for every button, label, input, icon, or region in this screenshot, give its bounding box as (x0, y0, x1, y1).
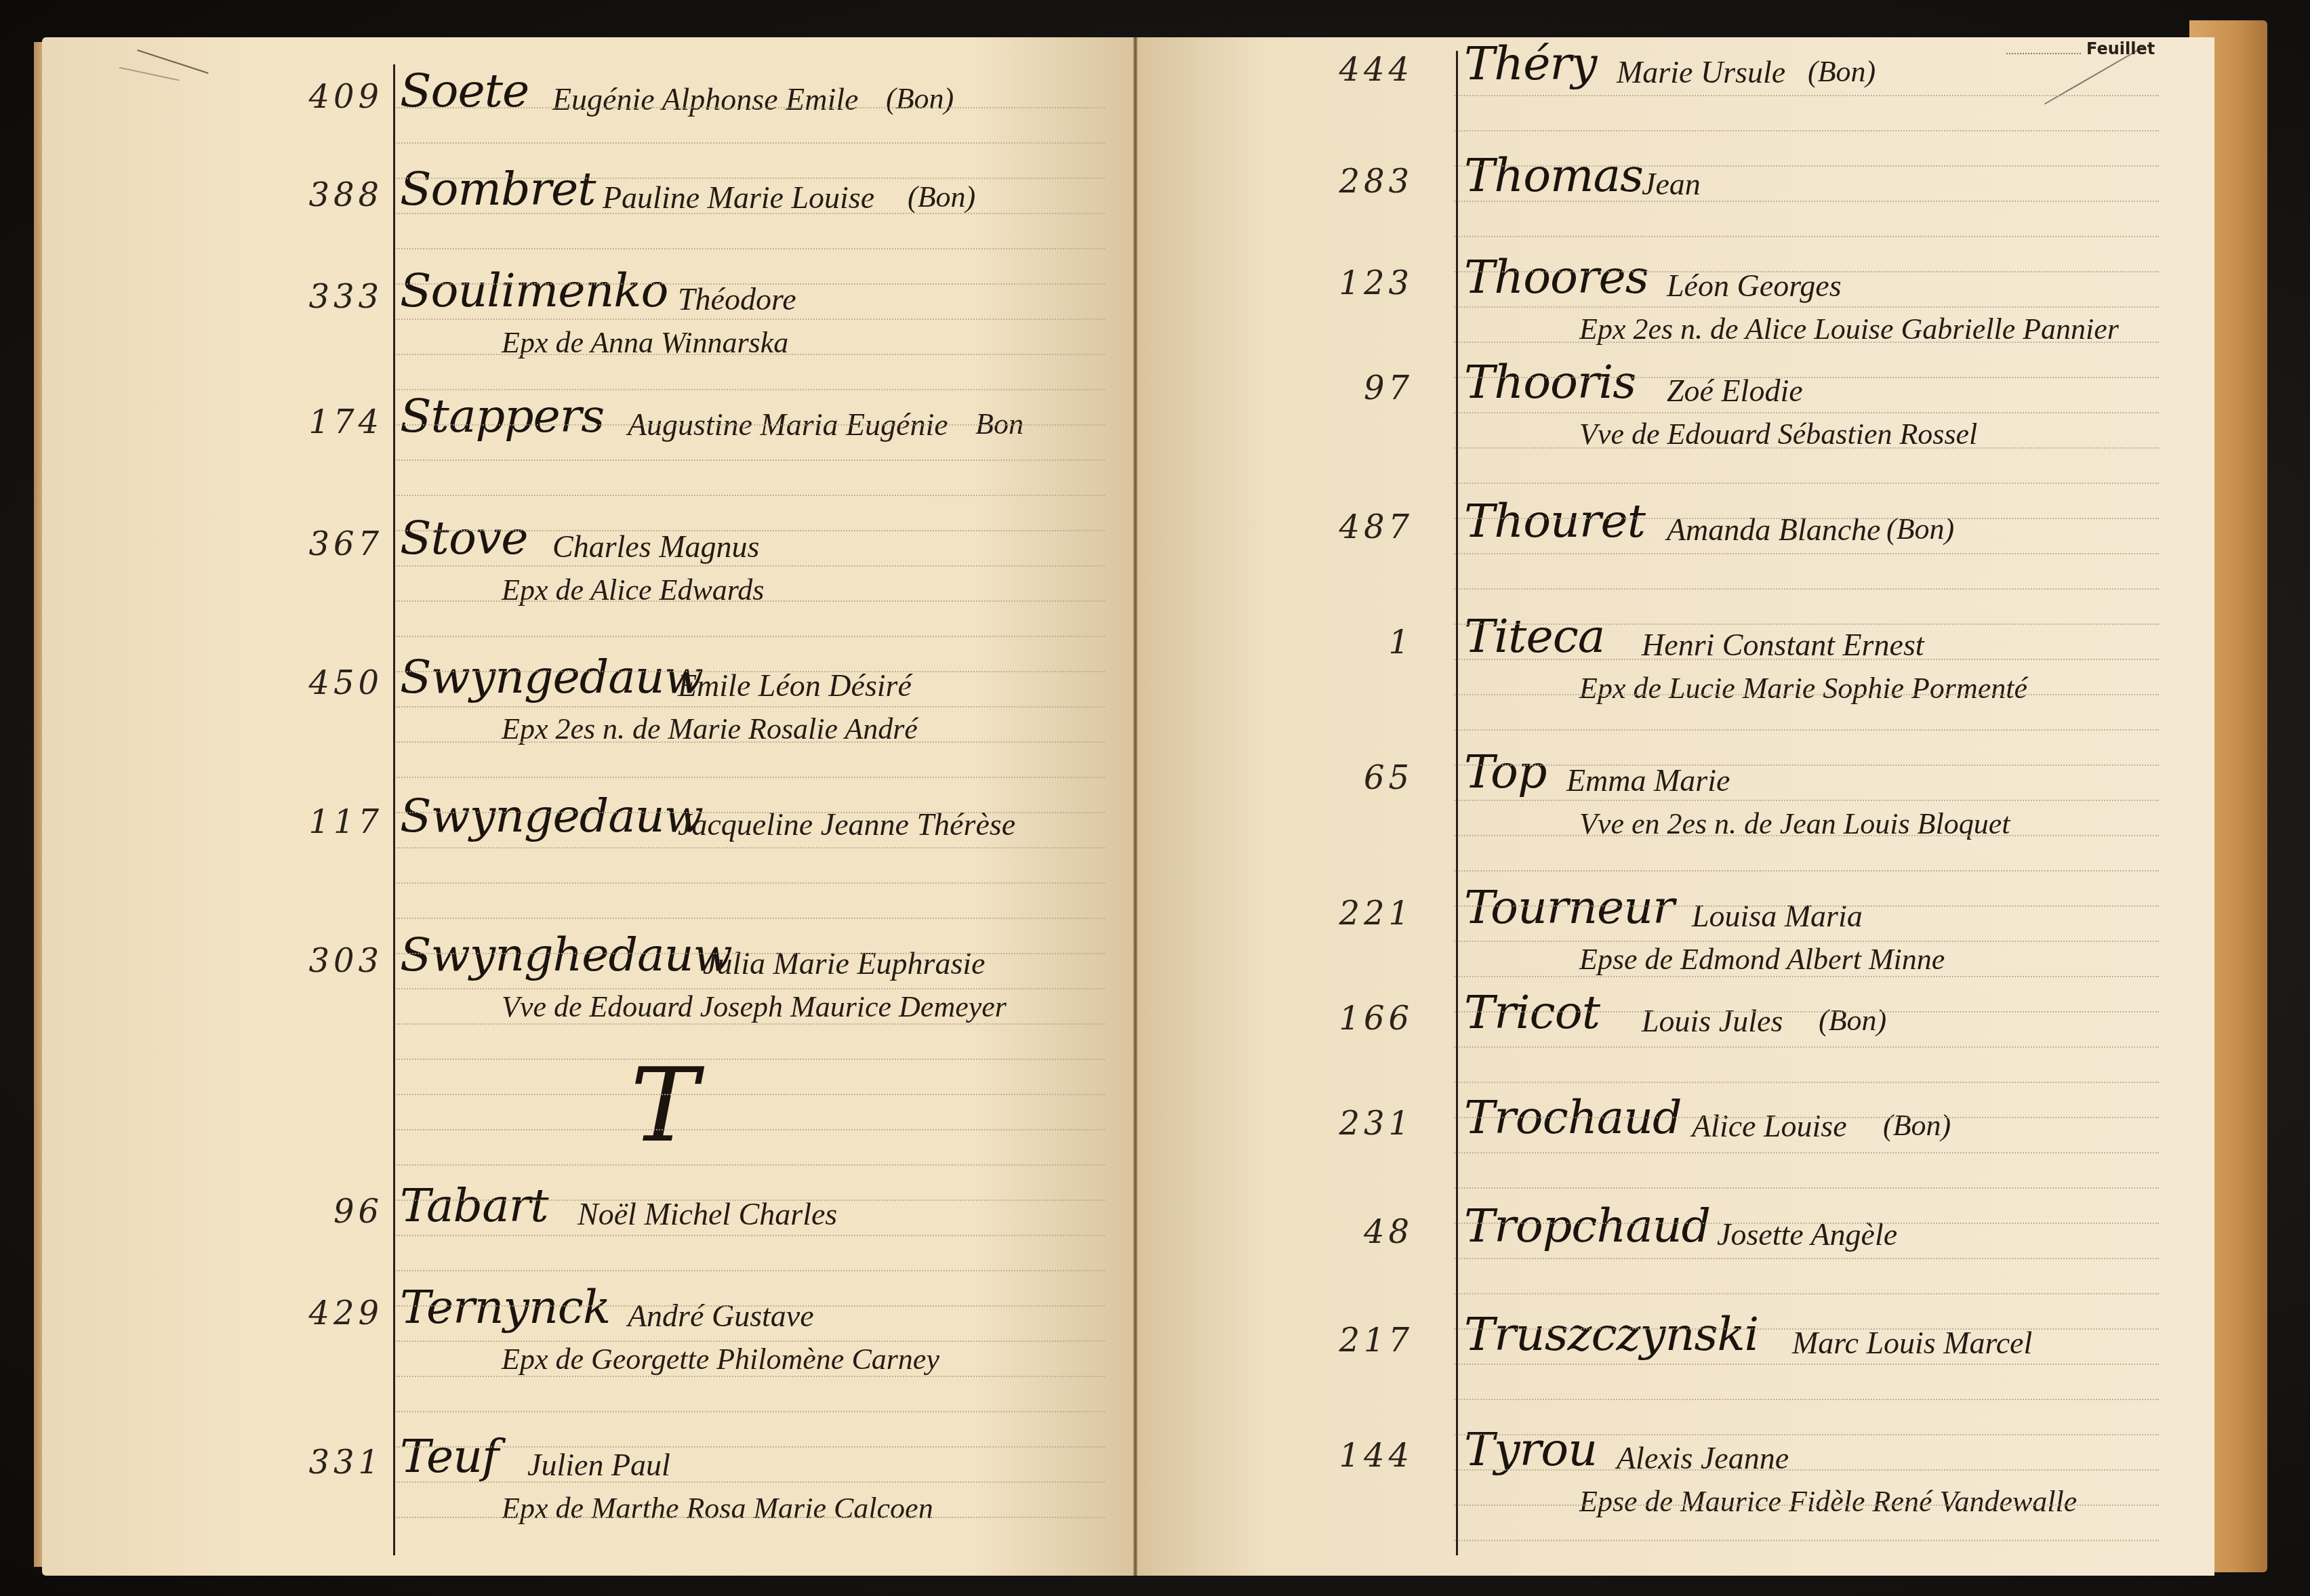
ruled-line (1454, 236, 2159, 237)
entry-surname: Stove (400, 512, 528, 565)
entry-surname: Swynghedauw (400, 928, 732, 982)
ruled-line (397, 988, 1105, 989)
ruled-line (1454, 201, 2159, 202)
entry-given-names: Marc Louis Marcel (1792, 1325, 2032, 1361)
entry-number: 283 (1291, 163, 1413, 201)
entry-number: 123 (1291, 264, 1413, 302)
entry-given-names: Marie Ursule (1617, 54, 1785, 90)
entry-number: 450 (261, 664, 383, 702)
ruled-line (1454, 694, 2159, 695)
margin-column-line (1456, 51, 1458, 1555)
ruled-line (397, 882, 1105, 884)
entry-status-note: (Bon) (1886, 512, 1954, 546)
entry-given-names: Amanda Blanche (1667, 512, 1881, 548)
entry-given-names: Jean (1642, 166, 1701, 202)
ruled-line (397, 1376, 1105, 1377)
ruled-line (1454, 271, 2159, 272)
entry-given-names: Louis Jules (1642, 1003, 1783, 1039)
printed-header-label: Feuillet (2086, 39, 2155, 58)
ruled-line (1454, 1328, 2159, 1330)
ruled-line (397, 1305, 1105, 1307)
ruled-line (397, 142, 1105, 144)
entry-given-names: Emile Léon Désiré (678, 668, 912, 703)
ruled-line (1454, 905, 2159, 907)
ruled-line (1454, 130, 2159, 131)
ruled-line (397, 847, 1105, 848)
entry-surname: Truszczynski (1464, 1308, 1758, 1362)
ruled-line (397, 319, 1105, 320)
ruled-line (1454, 1117, 2159, 1118)
ruled-line (397, 1094, 1105, 1095)
ruled-line (397, 953, 1105, 954)
entry-spouse-line: Vve de Edouard Sébastien Rossel (1579, 417, 1977, 451)
entry-surname: Tropchaud (1464, 1200, 1710, 1253)
entry-given-names: Noël Michel Charles (577, 1196, 837, 1232)
ruled-line (1454, 1011, 2159, 1012)
ruled-line (397, 706, 1105, 708)
entry-surname: Titeca (1464, 610, 1604, 663)
ruled-line (397, 1517, 1105, 1518)
entry-surname: Soulimenko (400, 264, 668, 318)
entry-given-names: Eugénie Alphonse Emile (552, 81, 858, 117)
entry-given-names: Josette Angèle (1717, 1216, 1897, 1252)
entry-number: 231 (1291, 1105, 1413, 1143)
ruled-line (1454, 659, 2159, 660)
ruled-line (397, 248, 1105, 249)
entry-surname: Thooris (1464, 356, 1636, 409)
ruled-line (1454, 870, 2159, 872)
entry-number: 331 (261, 1444, 383, 1481)
ruled-line (1454, 412, 2159, 413)
entry-surname: Stappers (400, 390, 604, 443)
entry-surname: Teuf (400, 1430, 498, 1484)
ruled-line (397, 495, 1105, 496)
ruled-line (1454, 1152, 2159, 1153)
ruled-line (397, 600, 1105, 602)
ruled-line (1454, 941, 2159, 942)
ruled-line (1454, 342, 2159, 343)
ruled-line (1454, 1293, 2159, 1294)
ruled-line (1454, 1469, 2159, 1471)
entry-surname: Thomas (1464, 149, 1643, 203)
entry-surname: Swyngedauw (400, 790, 703, 843)
entry-status-note: (Bon) (1808, 54, 1876, 89)
entry-number: 166 (1291, 1000, 1413, 1038)
entry-number: 367 (261, 525, 383, 563)
ruled-line (397, 565, 1105, 567)
entry-spouse-line: Epx de Lucie Marie Sophie Pormenté (1579, 671, 2027, 705)
ruled-line (397, 213, 1105, 214)
printed-header-rule (2006, 53, 2081, 54)
section-letter-heading: T (630, 1047, 698, 1165)
ruled-line (397, 1200, 1105, 1201)
entry-status-note: (Bon) (908, 180, 975, 214)
entry-number: 96 (261, 1193, 383, 1231)
entry-status-note: (Bon) (1819, 1003, 1886, 1038)
ruled-line (1454, 447, 2159, 449)
ruled-line (1454, 483, 2159, 484)
book-gutter (1133, 37, 1137, 1576)
ruled-line (397, 777, 1105, 778)
ruled-line (1454, 729, 2159, 731)
entry-given-names: Julia Marie Euphrasie (703, 945, 986, 981)
ruled-line (397, 1023, 1105, 1025)
ruled-line (397, 1129, 1105, 1130)
ruled-line (1454, 976, 2159, 977)
entry-number: 303 (261, 942, 383, 980)
ruled-line (1454, 165, 2159, 167)
ruled-line (397, 178, 1105, 179)
ruled-line (397, 918, 1105, 919)
ruled-line (1454, 1082, 2159, 1083)
ruled-line (1454, 800, 2159, 801)
entry-surname: Tabart (400, 1179, 548, 1233)
entry-surname: Thouret (1464, 495, 1645, 548)
entry-number: 65 (1291, 759, 1413, 797)
ruled-line (397, 424, 1105, 426)
entry-surname: Swyngedauw (400, 651, 703, 704)
ruled-line (1454, 1399, 2159, 1400)
ruled-line (1454, 835, 2159, 836)
entry-number: 429 (261, 1294, 383, 1332)
entry-given-names: Pauline Marie Louise (603, 180, 874, 216)
ruled-line (1454, 1434, 2159, 1435)
entry-surname: Tricot (1464, 986, 1600, 1040)
ruled-line (1454, 377, 2159, 378)
entry-number: 217 (1291, 1322, 1413, 1359)
entry-surname: Soete (400, 64, 529, 118)
entry-spouse-line: Epx de Marthe Rosa Marie Calcoen (502, 1491, 933, 1526)
entry-number: 388 (261, 176, 383, 214)
entry-surname: Thoores (1464, 251, 1648, 304)
ruled-line (397, 1164, 1105, 1166)
entry-number: 333 (261, 278, 383, 316)
ruled-line (397, 530, 1105, 531)
entry-number: 409 (261, 78, 383, 116)
entry-number: 144 (1291, 1437, 1413, 1475)
ruled-line (397, 1059, 1105, 1060)
entry-given-names: Alice Louise (1692, 1108, 1847, 1144)
entry-spouse-line: Epx de Georgette Philomène Carney (502, 1342, 939, 1376)
entry-given-names: Théodore (678, 281, 796, 317)
ruled-line (1454, 1187, 2159, 1189)
ruled-line (397, 1411, 1105, 1412)
margin-column-line (393, 64, 395, 1555)
ruled-line (1454, 306, 2159, 308)
entry-number: 444 (1291, 51, 1413, 89)
entry-status-note: (Bon) (886, 81, 954, 116)
ruled-line (397, 1235, 1105, 1236)
ruled-line (397, 812, 1105, 813)
entry-given-names: Alexis Jeanne (1617, 1440, 1789, 1476)
entry-given-names: Charles Magnus (552, 529, 759, 565)
ruled-line (1454, 1258, 2159, 1259)
entry-given-names: Louisa Maria (1692, 898, 1863, 934)
entry-given-names: Henri Constant Ernest (1642, 627, 1924, 663)
entry-surname: Théry (1464, 37, 1596, 91)
ruled-line (1454, 623, 2159, 625)
entry-spouse-line: Vve de Edouard Joseph Maurice Demeyer (502, 989, 1007, 1024)
ruled-line (397, 389, 1105, 390)
ruled-line (397, 283, 1105, 285)
entry-surname: Tourneur (1464, 881, 1674, 935)
entry-spouse-line: Epse de Edmond Albert Minne (1579, 942, 1945, 977)
ruled-line (397, 636, 1105, 637)
entry-number: 48 (1291, 1213, 1413, 1251)
ruled-line (1454, 764, 2159, 766)
entry-spouse-line: Epx de Alice Edwards (502, 573, 764, 607)
ruled-line (397, 741, 1105, 743)
ruled-line (1454, 1364, 2159, 1365)
ruled-line (1454, 553, 2159, 554)
ruled-line (397, 1270, 1105, 1271)
entry-number: 221 (1291, 895, 1413, 933)
entry-number: 1 (1291, 623, 1413, 661)
ruled-line (1454, 518, 2159, 519)
ruled-line (397, 1446, 1105, 1448)
ruled-line (1454, 588, 2159, 590)
entry-given-names: Léon Georges (1667, 268, 1842, 304)
entry-surname: Top (1464, 745, 1547, 799)
entry-surname: Ternynck (400, 1281, 610, 1334)
ruled-line (397, 354, 1105, 355)
entry-number: 487 (1291, 508, 1413, 546)
ruled-line (1454, 1505, 2159, 1506)
ruled-line (397, 671, 1105, 672)
ruled-line (1454, 1540, 2159, 1541)
entry-given-names: Julien Paul (527, 1447, 670, 1483)
ruled-line (1454, 1046, 2159, 1048)
ruled-line (397, 459, 1105, 461)
entry-spouse-line: Epse de Maurice Fidèle René Vandewalle (1579, 1484, 2077, 1519)
entry-number: 174 (261, 403, 383, 441)
ruled-line (397, 1481, 1105, 1483)
entry-surname: Sombret (400, 163, 596, 216)
ruled-line (397, 1341, 1105, 1342)
ruled-line (1454, 95, 2159, 96)
entry-number: 97 (1291, 369, 1413, 407)
entry-given-names: Emma Marie (1566, 762, 1730, 798)
entry-given-names: André Gustave (628, 1298, 814, 1334)
ruled-line (397, 107, 1105, 108)
ruled-line (1454, 1223, 2159, 1224)
entry-number: 117 (261, 803, 383, 841)
entry-status-note: (Bon) (1883, 1108, 1951, 1143)
